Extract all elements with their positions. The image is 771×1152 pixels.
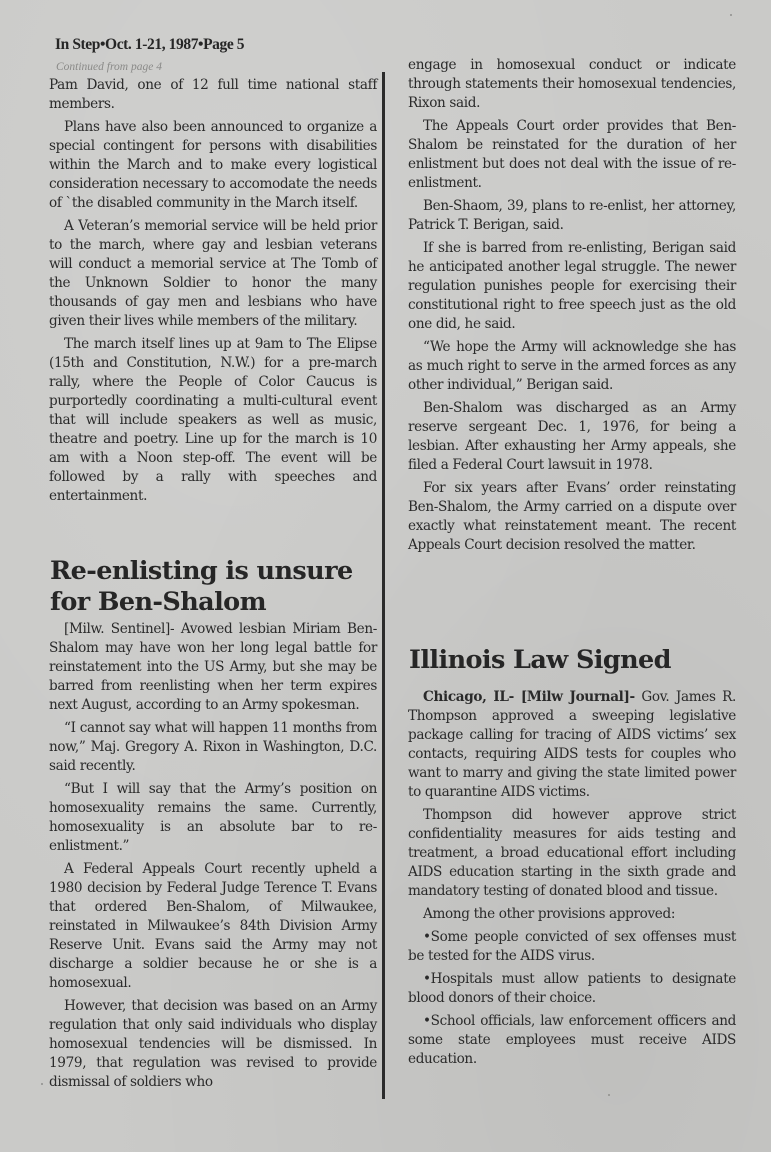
paragraph: A Federal Appeals Court recently upheld … <box>49 860 377 993</box>
column-divider <box>382 72 385 1099</box>
scan-speck <box>608 1094 610 1096</box>
scan-speck <box>41 1083 43 1085</box>
newspaper-page: In Step•Oct. 1-21, 1987•Page 5 Continued… <box>0 0 771 1152</box>
paragraph: The march itself lines up at 9am to The … <box>49 335 377 506</box>
paragraph: “I cannot say what will happen 11 months… <box>49 719 377 776</box>
provision-item: •Hospitals must allow patients to desig­… <box>408 970 736 1008</box>
paragraph: However, that decision was based on an A… <box>49 997 377 1092</box>
paragraph: Among the other provisions approved: <box>408 905 736 924</box>
paragraph: Thompson did however approve strict conf… <box>408 806 736 901</box>
continued-from-note: Continued from page 4 <box>56 61 162 73</box>
paragraph: engage in homosexual conduct or indicate… <box>408 56 736 113</box>
provision-item: •School officials, law enforcement of­fi… <box>408 1012 736 1069</box>
lead-text: Gov. James R. Thompson approved a sweepi… <box>408 689 736 800</box>
reenlisting-article-body-right: engage in homosexual conduct or indicate… <box>408 56 736 559</box>
reenlisting-article-body-left: [Milw. Sentinel]- Avowed lesbian Miriam … <box>49 620 377 1096</box>
paragraph: For six years after Evans’ order reinsta… <box>408 479 736 555</box>
paragraph: “We hope the Army will acknowledge she h… <box>408 338 736 395</box>
paragraph: Plans have also been announced to organi… <box>49 118 377 213</box>
headline-reenlisting: Re-enlisting is unsure for Ben-Shalom <box>50 556 380 618</box>
paragraph: [Milw. Sentinel]- Avowed lesbian Miriam … <box>49 620 377 715</box>
march-article-continuation: Pam David, one of 12 full time national … <box>49 76 377 510</box>
dateline: Chicago, IL- [Milw Journal]- <box>423 689 635 705</box>
lead-paragraph: Chicago, IL- [Milw Journal]- Gov. James … <box>408 688 736 802</box>
paragraph: Ben-Shalom was discharged as an Army res… <box>408 399 736 475</box>
page-folio: In Step•Oct. 1-21, 1987•Page 5 <box>55 36 244 54</box>
scan-speck <box>730 14 732 16</box>
paragraph: Ben-Shaom, 39, plans to re-enlist, her a… <box>408 197 736 235</box>
paragraph: The Appeals Court order provides that Be… <box>408 117 736 193</box>
illinois-article-body: Chicago, IL- [Milw Journal]- Gov. James … <box>408 688 736 1073</box>
provision-item: •Some people convicted of sex offenses m… <box>408 928 736 966</box>
paragraph: Pam David, one of 12 full time national … <box>49 76 377 114</box>
paragraph: “But I will say that the Army’s position… <box>49 780 377 856</box>
paragraph: If she is barred from re-enlisting, Beri… <box>408 239 736 334</box>
headline-illinois: Illinois Law Signed <box>409 645 739 676</box>
paragraph: A Veteran’s memorial service will be hel… <box>49 217 377 331</box>
